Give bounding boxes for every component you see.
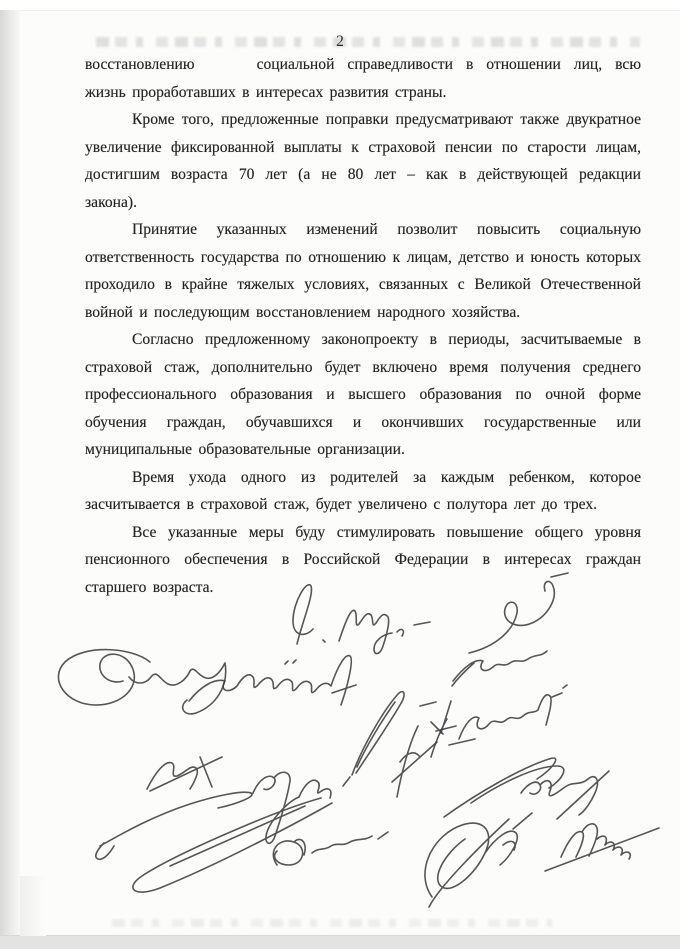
page-number: 2	[0, 33, 680, 51]
signature-13	[545, 824, 659, 871]
signature-9	[96, 772, 388, 892]
signature-12	[425, 813, 532, 907]
paragraph-continuation: восстановлениюсоциальной справедливости …	[85, 51, 641, 106]
signatures-block	[0, 560, 680, 949]
signature-4	[189, 656, 356, 705]
paragraph: Время ухода одного из родителей за кажды…	[85, 464, 641, 519]
signature-8	[147, 757, 222, 791]
scan-edge-top	[0, 0, 680, 11]
signature-2	[469, 573, 568, 653]
signature-1	[293, 585, 430, 654]
scanned-page: 2 восстановлениюсоциальной справедливост…	[0, 0, 680, 949]
signature-6	[343, 692, 404, 786]
paragraph: Согласно предложенному законопроекту в п…	[85, 326, 641, 464]
signature-3	[58, 650, 225, 714]
paragraph: Кроме того, предложенные поправки предус…	[85, 106, 641, 216]
signature-7	[431, 685, 567, 757]
document-text: восстановлениюсоциальной справедливости …	[85, 51, 641, 601]
paragraph-lead-word: восстановлению	[85, 56, 195, 73]
signature-11	[444, 758, 609, 819]
paragraph: Принятие указанных изменений позволит по…	[85, 216, 641, 326]
signature-5	[452, 651, 547, 686]
